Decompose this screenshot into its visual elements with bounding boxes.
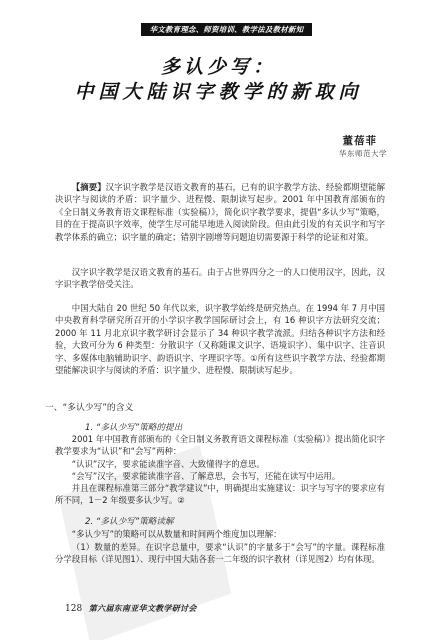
subsection-heading-1: 1. “多认少写”策略的提出 xyxy=(85,421,182,433)
abstract-label: 【摘要】 xyxy=(72,182,106,192)
subsection-heading-2: 2. “多认少写”策略读解 xyxy=(85,515,174,527)
page-number: 128 xyxy=(65,604,82,614)
page-footer: 128 第六届东南亚华文教学研讨会 xyxy=(65,603,197,614)
sub1-paragraph-2: “认识”汉字，要求能读准字音、大致懂得字的意思。 xyxy=(55,458,385,470)
sub1-paragraph-3: “会写”汉字，要求能读准字音、了解意思，会书写，还能在读写中运用。 xyxy=(55,470,385,482)
sub1-paragraph-1: 2001 年中国教育部颁布的《全日制义务教育语文课程标准（实验稿）》提出简化识字… xyxy=(55,433,385,458)
author-affiliation: 华东师范大学 xyxy=(339,148,387,159)
conference-name: 第六届东南亚华文教学研讨会 xyxy=(89,604,197,613)
title-line-2: 中国大陆识字教学的新取向 xyxy=(0,77,437,104)
abstract: 【摘要】汉字识字教学是汉语文教育的基石，已有的识字教学方法、经验都期望能解决识字… xyxy=(55,181,385,243)
section-heading-1: 一、“多认少写”的含义 xyxy=(45,400,133,413)
sub2-paragraph-1: “多认少写”的策略可以从数量和时间两个维度加以理解： xyxy=(55,528,385,540)
section-banner: 华文教育理念、师资培训、教学法及教材新知 xyxy=(141,23,312,36)
author-name: 董蓓菲 xyxy=(343,133,378,148)
sub2-paragraph-2: （1）数量的差异。在识字总量中，要求“认识”的字量多于“会写”的字量。课程标准分… xyxy=(55,541,385,566)
intro-paragraph-2: 中国大陆自 20 世纪 50 年代以来，识字教学始终是研究热点。在 1994 年… xyxy=(55,302,385,376)
intro-paragraph-1: 汉字识字教学是汉语文教育的基石。由于占世界四分之一的人口使用汉字，因此，汉字识字… xyxy=(55,266,385,291)
title-line-1: 多认少写： xyxy=(0,52,437,79)
sub1-paragraph-4: 并且在课程标准第三部分“教学建议”中，明确提出实施建议：识字与写字的要求应有所不… xyxy=(55,482,385,507)
